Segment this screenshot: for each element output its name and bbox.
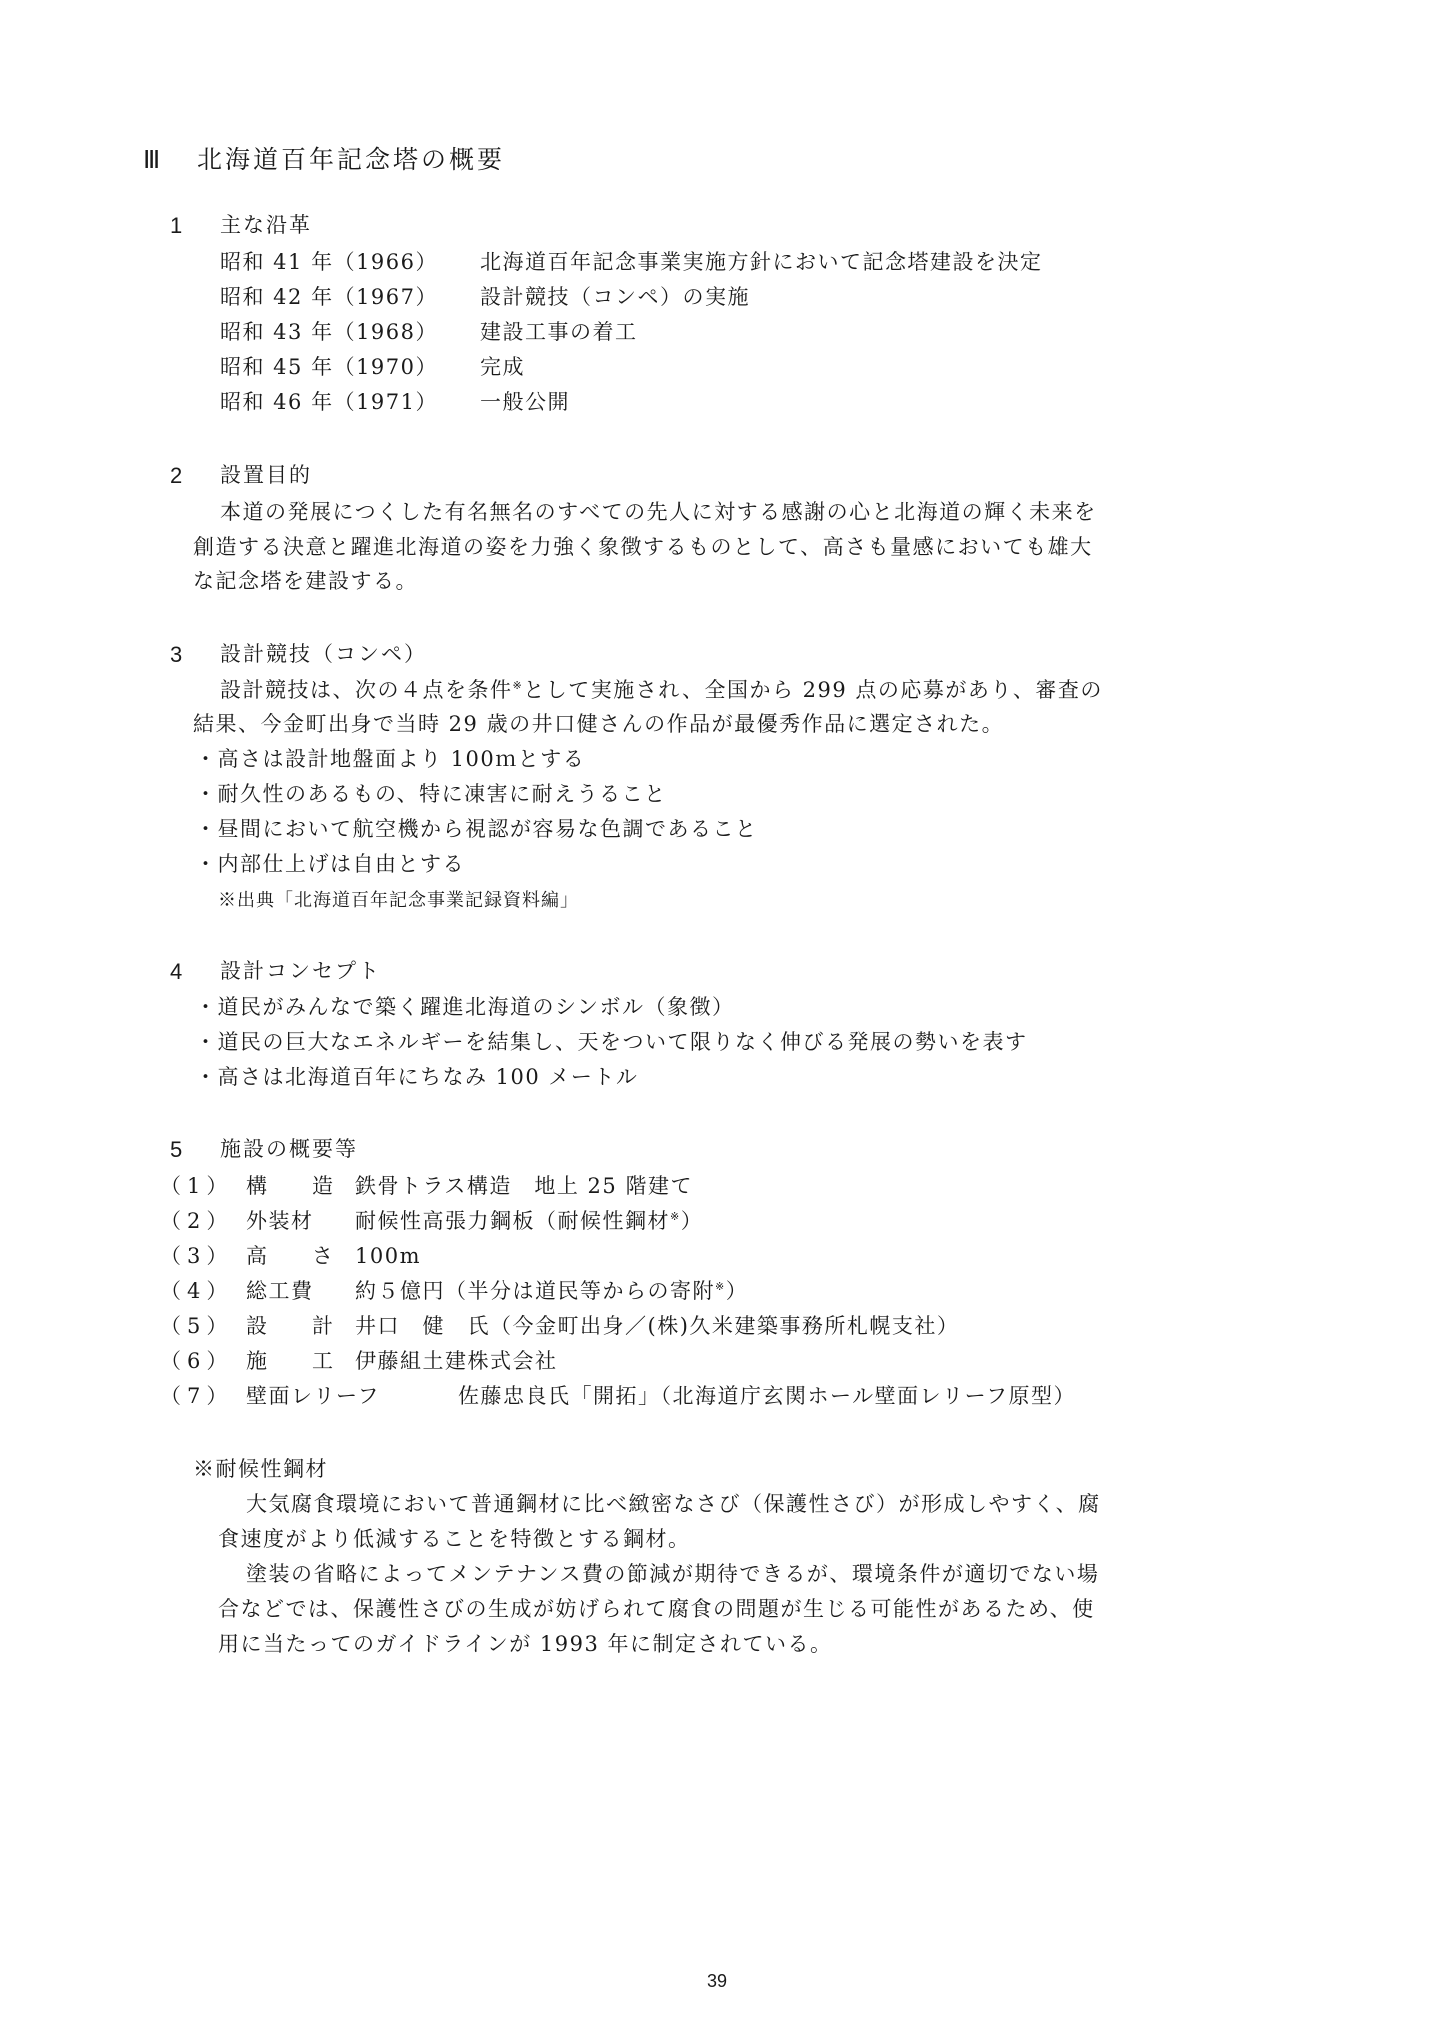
facility-index: （2） [160, 1211, 233, 1232]
facility-label: 高 さ [246, 1246, 345, 1267]
footnote-paragraph-line: 塗装の省略によってメンテナンス費の節減が期待できるが、環境条件が適切でない場 [246, 1564, 1099, 1585]
section-5-number: 5 [170, 1139, 182, 1161]
history-year: 昭和 41 年（1966） [220, 252, 438, 273]
facility-index: （3） [160, 1246, 233, 1267]
competition-intro-line: 設計競技は、次の４点を条件※として実施され、全国から 299 点の応募があり、審… [220, 680, 1103, 701]
facility-value: 佐藤忠良氏「開拓」（北海道庁玄関ホール壁面レリーフ原型） [458, 1386, 1076, 1407]
facility-value-tail: ） [681, 1209, 704, 1233]
facility-value: 鉄骨トラス構造 地上 25 階建て [355, 1176, 693, 1197]
section-1-heading: 主な沿革 [220, 215, 312, 236]
footnote-mark: ※ [513, 679, 524, 692]
facility-label: 外装材 [246, 1211, 314, 1232]
history-year: 昭和 45 年（1970） [220, 357, 438, 378]
footnote-mark: ※ [715, 1280, 726, 1293]
facility-value: 井口 健 氏（今金町出身／(株)久米建築事務所札幌支社） [355, 1316, 959, 1337]
facility-label: 壁面レリーフ [246, 1386, 380, 1407]
footnote-paragraph-line: 合などでは、保護性さびの生成が妨げられて腐食の問題が生じる可能性があるため、使 [218, 1599, 1095, 1620]
facility-label: 構 造 [246, 1176, 345, 1197]
footnote-paragraph-line: 大気腐食環境において普通鋼材に比べ緻密なさび（保護性さび）が形成しやすく、腐 [246, 1494, 1101, 1515]
footnote-mark: ※ [670, 1210, 681, 1223]
purpose-paragraph-line: な記念塔を建設する。 [193, 571, 418, 592]
history-year: 昭和 43 年（1968） [220, 322, 438, 343]
source-note: ※出典「北海道百年記念事業記録資料編」 [218, 892, 579, 910]
history-year: 昭和 42 年（1967） [220, 287, 438, 308]
section-2-heading: 設置目的 [220, 465, 312, 486]
competition-intro-text: 設計競技は、次の４点を条件 [220, 678, 513, 702]
footnote-paragraph-line: 食速度がより低減することを特徴とする鋼材。 [218, 1529, 691, 1550]
concept-bullet: ・高さは北海道百年にちなみ 100 メートル [195, 1067, 638, 1088]
purpose-paragraph-line: 本道の発展につくした有名無名のすべての先人に対する感謝の心と北海道の輝く未来を [220, 502, 1097, 523]
history-event: 北海道百年記念事業実施方針において記念塔建設を決定 [480, 252, 1043, 273]
condition-bullet: ・高さは設計地盤面より 100ｍとする [195, 749, 585, 770]
section-2-number: 2 [170, 465, 182, 487]
condition-bullet: ・耐久性のあるもの、特に凍害に耐えうること [195, 784, 667, 805]
chapter-numeral: Ⅲ [143, 147, 163, 172]
facility-value: 約５億円（半分は道民等からの寄附 [355, 1279, 715, 1303]
facility-value-group: 約５億円（半分は道民等からの寄附※） [355, 1281, 748, 1302]
section-4-heading: 設計コンセプト [220, 961, 381, 982]
concept-bullet: ・道民がみんなで築く躍進北海道のシンボル（象徴） [195, 997, 734, 1018]
concept-bullet: ・道民の巨大なエネルギーを結集し、天をついて限りなく伸びる発展の勢いを表す [195, 1032, 1028, 1053]
facility-value-group: 耐候性高張力鋼板（耐候性鋼材※） [355, 1211, 703, 1232]
facility-value: 伊藤組土建株式会社 [355, 1351, 558, 1372]
history-event: 一般公開 [480, 392, 570, 413]
facility-index: （4） [160, 1281, 233, 1302]
section-5-heading: 施設の概要等 [220, 1139, 358, 1160]
competition-intro-text: として実施され、全国から 299 点の応募があり、審査の [523, 678, 1103, 702]
facility-index: （5） [160, 1316, 233, 1337]
facility-index: （6） [160, 1351, 233, 1372]
facility-index: （1） [160, 1176, 233, 1197]
history-event: 建設工事の着工 [480, 322, 638, 343]
section-4-number: 4 [170, 961, 182, 983]
history-event: 設計競技（コンペ）の実施 [480, 287, 750, 308]
footnote-heading: ※耐候性鋼材 [193, 1459, 328, 1480]
condition-bullet: ・昼間において航空機から視認が容易な色調であること [195, 819, 758, 840]
page-number: 39 [707, 1972, 727, 1990]
facility-label: 施 工 [246, 1351, 345, 1372]
chapter-title: 北海道百年記念塔の概要 [197, 147, 505, 172]
footnote-paragraph-line: 用に当たってのガイドラインが 1993 年に制定されている。 [218, 1634, 833, 1655]
section-3-heading: 設計競技（コンペ） [220, 644, 427, 665]
facility-label: 設 計 [246, 1316, 345, 1337]
competition-intro-line: 結果、今金町出身で当時 29 歳の井口健さんの作品が最優秀作品に選定された。 [193, 714, 1004, 735]
history-event: 完成 [480, 357, 525, 378]
facility-value-tail: ） [726, 1279, 749, 1303]
facility-label: 総工費 [246, 1281, 314, 1302]
facility-value: 100m [355, 1246, 421, 1267]
facility-value: 耐候性高張力鋼板（耐候性鋼材 [355, 1209, 670, 1233]
section-3-number: 3 [170, 644, 182, 666]
facility-index: （7） [160, 1386, 233, 1407]
section-1-number: 1 [170, 215, 182, 237]
document-page: Ⅲ 北海道百年記念塔の概要 1 主な沿革 昭和 41 年（1966） 北海道百年… [0, 0, 1440, 2037]
purpose-paragraph-line: 創造する決意と躍進北海道の姿を力強く象徴するものとして、高さも量感においても雄大 [193, 537, 1093, 558]
history-year: 昭和 46 年（1971） [220, 392, 438, 413]
condition-bullet: ・内部仕上げは自由とする [195, 854, 465, 875]
